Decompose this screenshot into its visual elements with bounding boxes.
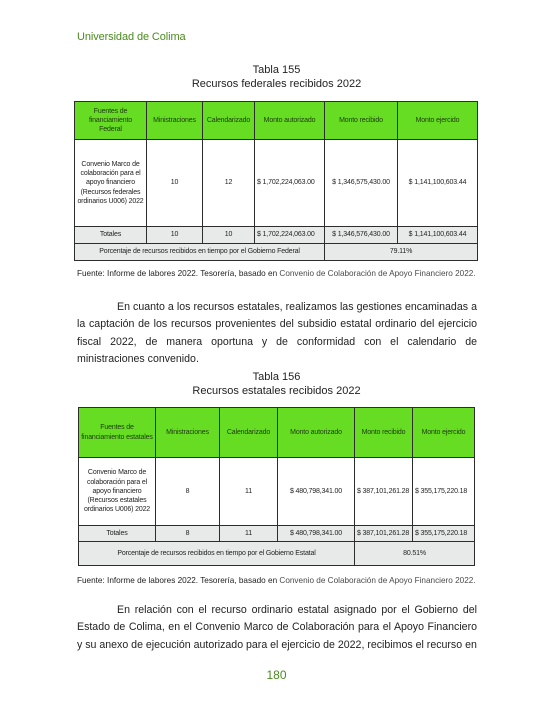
cell-calendarizado: 11	[220, 458, 278, 526]
table-row: Convenio Marco de colaboración para el a…	[79, 458, 475, 526]
totals-row: Totales 8 11 $ 480,798,341.00 $ 387,101,…	[79, 526, 475, 542]
cell-monto-ejercido: $ 1,141,100,603.44	[398, 140, 478, 227]
cell-monto-autorizado: $ 1,702,224,063.00	[255, 140, 325, 227]
totals-monto-ejercido: $ 355,175,220.18	[413, 526, 475, 542]
table-header-row: Fuentes de financiamiento Federal Minist…	[75, 102, 478, 140]
percentage-label: Porcentaje de recursos recibidos en tiem…	[75, 244, 325, 261]
page-header-institution: Universidad de Colima	[77, 31, 186, 43]
table-155-source-note: Fuente: Informe de labores 2022. Tesorer…	[77, 268, 477, 279]
percentage-label: Porcentaje de recursos recibidos en tiem…	[79, 542, 355, 566]
cell-monto-autorizado: $ 480,798,341.00	[278, 458, 355, 526]
column-header-calendarizado: Calendarizado	[203, 102, 255, 140]
percentage-value: 79.11%	[325, 244, 478, 261]
totals-calendarizado: 10	[203, 227, 255, 244]
totals-calendarizado: 11	[220, 526, 278, 542]
source-note-reference: Convenio de Colaboración de Apoyo Financ…	[279, 576, 475, 585]
column-header-calendarizado: Calendarizado	[220, 408, 278, 458]
column-header-monto-recibido: Monto recibido	[355, 408, 413, 458]
percentage-row: Porcentaje de recursos recibidos en tiem…	[79, 542, 475, 566]
totals-label: Totales	[75, 227, 147, 244]
table-155-number: Tabla 155	[0, 63, 553, 77]
totals-monto-autorizado: $ 1,702,224,063.00	[255, 227, 325, 244]
table-156-title: Recursos estatales recibidos 2022	[0, 384, 553, 398]
table-155-title: Recursos federales recibidos 2022	[0, 77, 553, 91]
totals-row: Totales 10 10 $ 1,702,224,063.00 $ 1,346…	[75, 227, 478, 244]
column-header-source: Fuentes de financiamiento estatales	[79, 408, 156, 458]
totals-monto-autorizado: $ 480,798,341.00	[278, 526, 355, 542]
source-note-prefix: Fuente: Informe de labores 2022. Tesorer…	[77, 269, 277, 278]
column-header-monto-autorizado: Monto autorizado	[255, 102, 325, 140]
table-155-caption: Tabla 155 Recursos federales recibidos 2…	[0, 63, 553, 91]
page-number: 180	[0, 668, 553, 682]
column-header-ministraciones: Ministraciones	[147, 102, 203, 140]
cell-monto-recibido: $ 387,101,261.28	[355, 458, 413, 526]
column-header-ministraciones: Ministraciones	[156, 408, 220, 458]
totals-ministraciones: 10	[147, 227, 203, 244]
percentage-row: Porcentaje de recursos recibidos en tiem…	[75, 244, 478, 261]
totals-monto-recibido: $ 1,346,576,430.00	[325, 227, 398, 244]
body-paragraph-state-resources: En cuanto a los recursos estatales, real…	[77, 299, 477, 368]
column-header-monto-recibido: Monto recibido	[325, 102, 398, 140]
body-paragraph-state-ordinary-resource: En relación con el recurso ordinario est…	[77, 602, 477, 654]
cell-ministraciones: 10	[147, 140, 203, 227]
cell-source: Convenio Marco de colaboración para el a…	[79, 458, 156, 526]
table-156-source-note: Fuente: Informe de labores 2022. Tesorer…	[77, 575, 477, 586]
column-header-monto-ejercido: Monto ejercido	[413, 408, 475, 458]
cell-source: Convenio Marco de colaboración para el a…	[75, 140, 147, 227]
totals-ministraciones: 8	[156, 526, 220, 542]
table-header-row: Fuentes de financiamiento estatales Mini…	[79, 408, 475, 458]
table-156: Fuentes de financiamiento estatales Mini…	[78, 407, 475, 566]
table-row: Convenio Marco de colaboración para el a…	[75, 140, 478, 227]
cell-monto-recibido: $ 1,346,575,430.00	[325, 140, 398, 227]
source-note-reference: Convenio de Colaboración de Apoyo Financ…	[279, 269, 475, 278]
column-header-source: Fuentes de financiamiento Federal	[75, 102, 147, 140]
column-header-monto-ejercido: Monto ejercido	[398, 102, 478, 140]
table-156-caption: Tabla 156 Recursos estatales recibidos 2…	[0, 370, 553, 398]
totals-monto-recibido: $ 387,101,261.28	[355, 526, 413, 542]
cell-calendarizado: 12	[203, 140, 255, 227]
cell-monto-ejercido: $ 355,175,220.18	[413, 458, 475, 526]
table-155: Fuentes de financiamiento Federal Minist…	[74, 101, 478, 261]
totals-label: Totales	[79, 526, 156, 542]
totals-monto-ejercido: $ 1,141,100,603.44	[398, 227, 478, 244]
column-header-monto-autorizado: Monto autorizado	[278, 408, 355, 458]
cell-ministraciones: 8	[156, 458, 220, 526]
percentage-value: 80.51%	[355, 542, 475, 566]
table-156-number: Tabla 156	[0, 370, 553, 384]
source-note-prefix: Fuente: Informe de labores 2022. Tesorer…	[77, 576, 277, 585]
